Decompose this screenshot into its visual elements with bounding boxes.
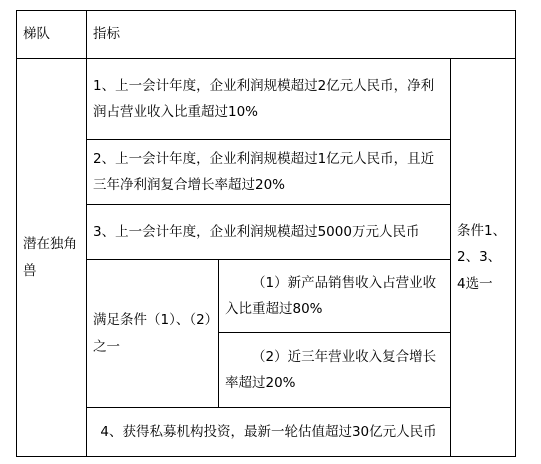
criterion-row-3: 3、上一会计年度，企业利润规模超过5000万元人民币: [17, 205, 516, 260]
criterion-row-1: 潜在独角兽 1、上一会计年度，企业利润规模超过2亿元人民币，净利润占营业收入比重…: [17, 59, 516, 140]
sub-condition-2-cell: （2）近三年营业收入复合增长率超过20%: [219, 333, 451, 408]
criterion-1-cell: 1、上一会计年度，企业利润规模超过2亿元人民币，净利润占营业收入比重超过10%: [87, 59, 451, 140]
criterion-3-cell: 3、上一会计年度，企业利润规模超过5000万元人民币: [87, 205, 451, 260]
criteria-table: 梯队 指标 潜在独角兽 1、上一会计年度，企业利润规模超过2亿元人民币，净利润占…: [16, 10, 516, 457]
criterion-row-2: 2、上一会计年度，企业利润规模超过1亿元人民币，且近三年净利润复合增长率超过20…: [17, 140, 516, 205]
header-indicator-cell: 指标: [87, 11, 516, 59]
criterion-row-4a: 满足条件（1）、（2）之一 （1）新产品销售收入占营业收入比重超过80%: [17, 260, 516, 333]
header-tier-cell: 梯队: [17, 11, 87, 59]
criterion-4-cell: 4、获得私募机构投资，最新一轮估值超过30亿元人民币: [87, 408, 451, 457]
condition-either-cell: 满足条件（1）、（2）之一: [87, 260, 219, 408]
page-canvas: 梯队 指标 潜在独角兽 1、上一会计年度，企业利润规模超过2亿元人民币，净利润占…: [0, 0, 541, 464]
header-row: 梯队 指标: [17, 11, 516, 59]
tier-cell: 潜在独角兽: [17, 59, 87, 457]
sub-condition-1-cell: （1）新产品销售收入占营业收入比重超过80%: [219, 260, 451, 333]
criterion-row-5: 4、获得私募机构投资，最新一轮估值超过30亿元人民币: [17, 408, 516, 457]
criterion-2-cell: 2、上一会计年度，企业利润规模超过1亿元人民币，且近三年净利润复合增长率超过20…: [87, 140, 451, 205]
selection-note-cell: 条件1、2、3、4选一: [451, 59, 516, 457]
